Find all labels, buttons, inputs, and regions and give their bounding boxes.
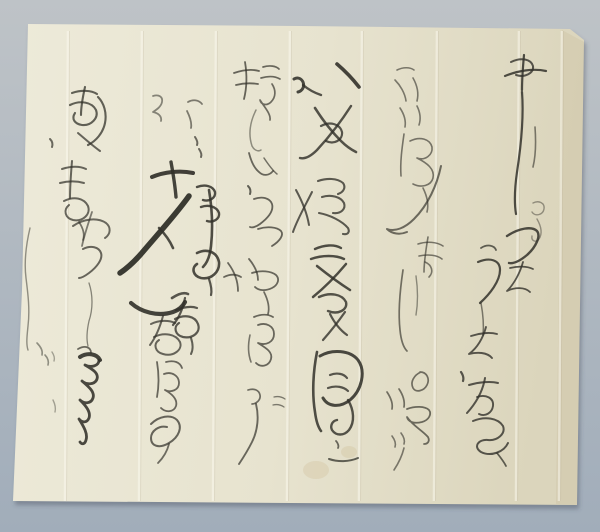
- manuscript-photo: [0, 0, 600, 532]
- photo-background: [0, 0, 600, 532]
- paper-stain: [341, 446, 357, 458]
- paper-stain: [303, 461, 329, 479]
